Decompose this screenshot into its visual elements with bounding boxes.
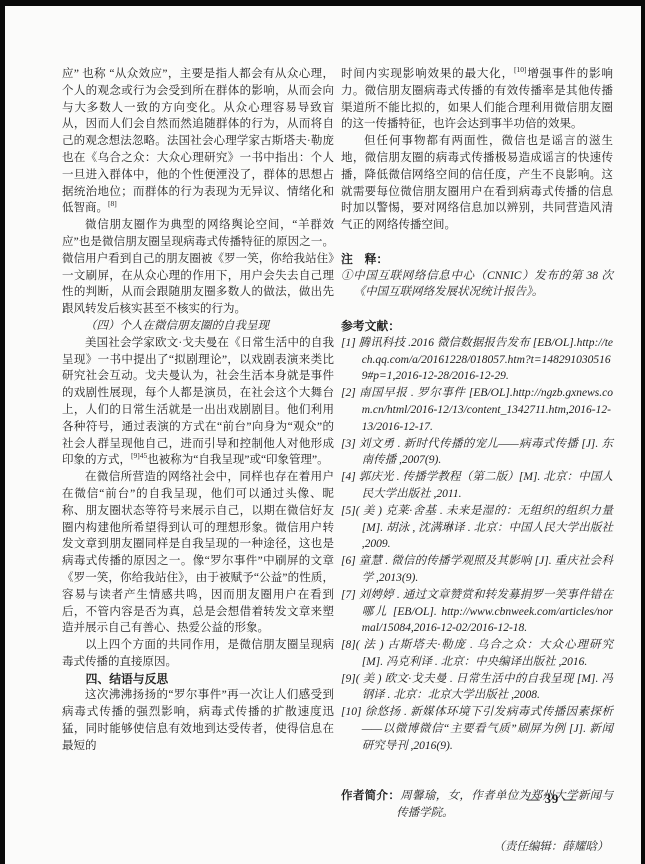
text-segment: 四、结语与反思 [86, 672, 169, 686]
text-segment: 以上四个方面的共同作用，是微信朋友圈呈现病毒式传播的直接原因。 [62, 639, 334, 668]
text-segment: [1] 腾讯科技 .2016 微信数据报告发布 [EB/OL].http://t… [341, 337, 613, 383]
section-heading-conclusion: 四、结语与反思 [62, 671, 334, 688]
text-segment: [6] 童慧 . 微信的传播学观照及其影响 [J]. 重庆社会科学 ,2013(… [341, 555, 613, 584]
journal-page: 应” 也称 “从众效应”，主要是指人都会有从众心理，个人的观念或行为会受到所在群… [0, 0, 645, 864]
text-segment: 时间内实现影响效果的最大化， [341, 68, 514, 80]
text-segment: 在微信所营造的网络社会中，同样也存在着用户在微信“前台”的自我呈现，他们可以通过… [62, 471, 334, 634]
reference-item-5: [5]( 美 ) 克莱·舍基 . 未来是湿的：无组织的组织力量 [M]. 胡泳 … [341, 503, 613, 553]
text-segment: 但任何事物都有两面性，微信也是谣言的滋生地，微信朋友圈的病毒式传播极易造成谣言的… [341, 135, 613, 231]
note-item-1: ①中国互联网络信息中心（CNNIC）发布的第 38 次《中国互联网络发展状况统计… [341, 268, 613, 302]
subsection-heading-self-presentation: （四）个人在微信朋友圈的自我呈现 [62, 318, 334, 335]
page-edge-top [0, 0, 645, 6]
reference-item-7: [7] 刘娉婷 . 通过文章赞赏和转发募捐罗一笑事件错在哪儿 [EB/OL]. … [341, 587, 613, 637]
text-segment: ①中国互联网络信息中心（CNNIC）发布的第 38 次《中国互联网络发展状况统计… [341, 270, 613, 299]
page-number: — 39 — [492, 792, 612, 807]
paragraph-summary-four-aspects: 以上四个方面的共同作用，是微信朋友圈呈现病毒式传播的直接原因。 [62, 637, 334, 671]
references-heading: 参考文献： [341, 318, 613, 335]
paragraph-goffman-theory: 美国社会学家欧文·戈夫曼在《日常生活中的自我呈现》一书中提出了“拟剧理论”，以戏… [62, 335, 334, 469]
reference-item-6: [6] 童慧 . 微信的传播学观照及其影响 [J]. 重庆社会科学 ,2013(… [341, 553, 613, 587]
text-segment: 应” 也称 “从众效应”，主要是指人都会有从众心理，个人的观念或行为会受到所在群… [62, 68, 334, 214]
text-segment: [3] 刘文勇 . 新时代传播的宠儿——病毒式传播 [J]. 东南传播 ,200… [341, 438, 613, 467]
two-column-text-area: 应” 也称 “从众效应”，主要是指人都会有从众心理，个人的观念或行为会受到所在群… [62, 66, 613, 855]
text-segment: [9]( 美 ) 欧文·戈夫曼 . 日常生活中的自我呈现 [M]. 冯钢译 . … [341, 673, 613, 702]
page-edge-right [641, 0, 645, 864]
text-segment: 微信朋友圈作为典型的网络舆论空间，“羊群效应”也是微信朋友圈呈现病毒式传播特征的… [62, 219, 334, 315]
paragraph-conclusion-continued: 时间内实现影响效果的最大化，[10]增强事件的影响力。微信朋友圈病毒式传播的有效… [341, 66, 613, 133]
text-segment: [8]( 法 ) 古斯塔夫·勒庞 . 乌合之众：大众心理研究 [M]. 冯克利译… [341, 639, 613, 668]
text-segment: 这次沸沸扬扬的“罗尔事件”再一次让人们感受到病毒式传播的强烈影响，病毒式传播的扩… [62, 689, 334, 751]
editor-credit: （责任编辑：薛耀晗） [341, 839, 613, 856]
text-segment: [5]( 美 ) 克莱·舍基 . 未来是湿的：无组织的组织力量 [M]. 胡泳 … [341, 505, 613, 551]
text-segment: [10] 徐悠扬 . 新媒体环境下引发病毒式传播因素探析——以微博微信“主要看气… [341, 706, 613, 752]
text-segment: 美国社会学家欧文·戈夫曼在《日常生活中的自我呈现》一书中提出了“拟剧理论”，以戏… [62, 337, 334, 467]
citation-superscript: [9]45 [131, 452, 147, 461]
text-segment: 注 释： [341, 252, 388, 266]
reference-item-2: [2] 南国早报 . 罗尔事件 [EB/OL].http://ngzb.gxne… [341, 385, 613, 435]
reference-item-9: [9]( 美 ) 欧文·戈夫曼 . 日常生活中的自我呈现 [M]. 冯钢译 . … [341, 671, 613, 705]
bold-label: 作者简介： [341, 790, 400, 802]
notes-heading: 注 释： [341, 251, 613, 268]
right-column: 时间内实现影响效果的最大化，[10]增强事件的影响力。微信朋友圈病毒式传播的有效… [341, 66, 613, 855]
paragraph-wechat-self-presentation: 在微信所营造的网络社会中，同样也存在着用户在微信“前台”的自我呈现，他们可以通过… [62, 469, 334, 637]
text-segment: 参考文献： [341, 319, 400, 333]
reference-item-3: [3] 刘文勇 . 新时代传播的宠儿——病毒式传播 [J]. 东南传播 ,200… [341, 436, 613, 470]
reference-item-8: [8]( 法 ) 古斯塔夫·勒庞 . 乌合之众：大众心理研究 [M]. 冯克利译… [341, 637, 613, 671]
page-edge-left [0, 0, 5, 864]
citation-superscript: [8] [108, 200, 117, 209]
text-segment: 也被称为“自我呈现”或“印象管理”。 [147, 454, 328, 466]
text-segment: [4] 郭庆光 . 传播学教程（第二版）[M]. 北京：中国人民大学出版社 ,2… [341, 471, 613, 500]
text-segment: （四）个人在微信朋友圈的自我呈现 [85, 320, 269, 332]
reference-item-4: [4] 郭庆光 . 传播学教程（第二版）[M]. 北京：中国人民大学出版社 ,2… [341, 469, 613, 503]
left-column: 应” 也称 “从众效应”，主要是指人都会有从众心理，个人的观念或行为会受到所在群… [62, 66, 334, 855]
text-segment: [7] 刘娉婷 . 通过文章赞赏和转发募捐罗一笑事件错在哪儿 [EB/OL]. … [341, 589, 613, 635]
citation-superscript: [10] [514, 65, 527, 74]
paragraph-conclusion-start: 这次沸沸扬扬的“罗尔事件”再一次让人们感受到病毒式传播的强烈影响，病毒式传播的扩… [62, 687, 334, 754]
reference-item-10: [10] 徐悠扬 . 新媒体环境下引发病毒式传播因素探析——以微博微信“主要看气… [341, 704, 613, 754]
paragraph-conformity-effect: 应” 也称 “从众效应”，主要是指人都会有从众心理，个人的观念或行为会受到所在群… [62, 66, 334, 217]
paragraph-herd-effect: 微信朋友圈作为典型的网络舆论空间，“羊群效应”也是微信朋友圈呈现病毒式传播特征的… [62, 217, 334, 318]
text-segment: [2] 南国早报 . 罗尔事件 [EB/OL].http://ngzb.gxne… [341, 387, 613, 433]
reference-item-1: [1] 腾讯科技 .2016 微信数据报告发布 [EB/OL].http://t… [341, 335, 613, 385]
paragraph-two-sides: 但任何事物都有两面性，微信也是谣言的滋生地，微信朋友圈的病毒式传播极易造成谣言的… [341, 133, 613, 234]
text-segment: （责任编辑：薛耀晗） [493, 841, 608, 853]
